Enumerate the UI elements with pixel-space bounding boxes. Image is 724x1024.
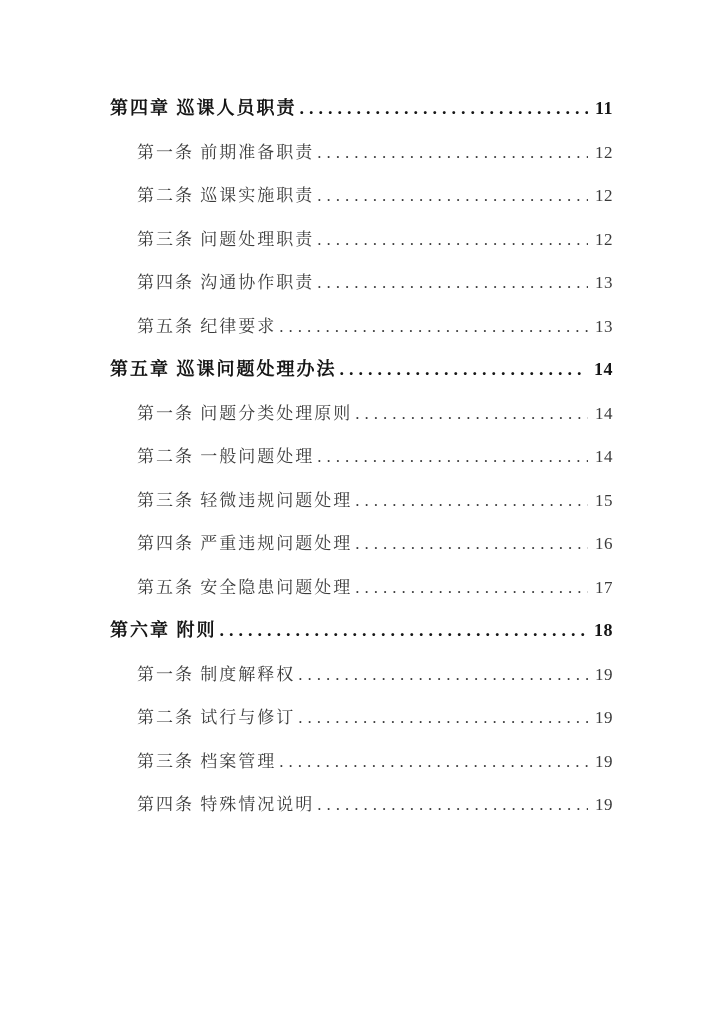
toc-entry: 第二条 巡课实施职责 12 [110, 184, 613, 228]
toc-dot-leader [317, 445, 588, 489]
toc-entry: 第一条 制度解释权 19 [110, 663, 613, 707]
toc-page-number: 15 [595, 489, 613, 533]
toc-entry: 第三条 档案管理 19 [110, 750, 613, 794]
toc-entry-title: 第二条 巡课实施职责 [137, 184, 314, 228]
toc-entry: 第五条 纪律要求 13 [110, 315, 613, 359]
toc-entry-title: 第四条 严重违规问题处理 [137, 532, 352, 576]
toc-entry: 第一条 问题分类处理原则 14 [110, 402, 613, 446]
toc-entry: 第四条 严重违规问题处理 16 [110, 532, 613, 576]
toc-dot-leader [300, 97, 588, 141]
toc-entry-title: 第二条 一般问题处理 [137, 445, 314, 489]
toc-page-number: 13 [595, 315, 613, 359]
toc-dot-leader [317, 271, 588, 315]
toc-page-number: 19 [595, 750, 613, 794]
toc-entry-title: 第五条 纪律要求 [137, 315, 276, 359]
toc-entry-title: 第二条 试行与修订 [137, 706, 295, 750]
toc-page-number: 13 [595, 271, 613, 315]
toc-entry: 第二条 试行与修订 19 [110, 706, 613, 750]
toc-entry-title: 第一条 制度解释权 [137, 663, 295, 707]
toc-dot-leader [298, 706, 588, 750]
toc-dot-leader [220, 619, 588, 663]
toc-entry: 第三条 轻微违规问题处理 15 [110, 489, 613, 533]
toc-page-number: 12 [595, 228, 613, 272]
toc-dot-leader [317, 228, 588, 272]
toc-dot-leader [317, 141, 588, 185]
toc-dot-leader [317, 793, 588, 837]
toc-page-number: 19 [595, 793, 613, 837]
toc-entry: 第三条 问题处理职责 12 [110, 228, 613, 272]
toc-entry-title: 第一条 问题分类处理原则 [137, 402, 352, 446]
toc-entry: 第四章 巡课人员职责 11 [110, 97, 613, 141]
toc-page-number: 12 [595, 141, 613, 185]
toc-dot-leader [279, 315, 588, 359]
toc-entry-title: 第四条 特殊情况说明 [137, 793, 314, 837]
toc-entry-title: 第五条 安全隐患问题处理 [137, 576, 352, 620]
toc-entry: 第六章 附则 18 [110, 619, 613, 663]
toc-entry: 第四条 特殊情况说明 19 [110, 793, 613, 837]
toc-dot-leader [355, 532, 588, 576]
toc-page-number: 14 [595, 445, 613, 489]
toc-entry-title: 第三条 档案管理 [137, 750, 276, 794]
toc-entry: 第四条 沟通协作职责 13 [110, 271, 613, 315]
document-page: 第四章 巡课人员职责 11 第一条 前期准备职责 12 第二条 巡课实施职责 1… [0, 0, 724, 1024]
toc-entry-title: 第三条 问题处理职责 [137, 228, 314, 272]
toc-entry-title: 第三条 轻微违规问题处理 [137, 489, 352, 533]
toc-page-number: 14 [595, 402, 613, 446]
toc-dot-leader [340, 358, 588, 402]
toc-entry-title: 第五章 巡课问题处理办法 [110, 358, 337, 402]
toc-dot-leader [355, 576, 588, 620]
toc-dot-leader [355, 402, 588, 446]
toc-entry-title: 第四条 沟通协作职责 [137, 271, 314, 315]
toc-entry: 第五章 巡课问题处理办法 14 [110, 358, 613, 402]
toc-dot-leader [279, 750, 588, 794]
toc-dot-leader [317, 184, 588, 228]
toc-page-number: 18 [594, 619, 613, 663]
toc-entry: 第二条 一般问题处理 14 [110, 445, 613, 489]
toc-entry: 第五条 安全隐患问题处理 17 [110, 576, 613, 620]
toc-page-number: 14 [594, 358, 613, 402]
toc-page-number: 12 [595, 184, 613, 228]
toc-dot-leader [298, 663, 588, 707]
toc-page-number: 17 [595, 576, 613, 620]
toc-page-number: 16 [595, 532, 613, 576]
toc-entry-title: 第六章 附则 [110, 619, 217, 663]
toc-page-number: 11 [595, 97, 613, 141]
toc-entry: 第一条 前期准备职责 12 [110, 141, 613, 185]
toc-entry-title: 第四章 巡课人员职责 [110, 97, 297, 141]
toc: 第四章 巡课人员职责 11 第一条 前期准备职责 12 第二条 巡课实施职责 1… [110, 97, 613, 837]
toc-page-number: 19 [595, 663, 613, 707]
toc-dot-leader [355, 489, 588, 533]
toc-page-number: 19 [595, 706, 613, 750]
toc-entry-title: 第一条 前期准备职责 [137, 141, 314, 185]
